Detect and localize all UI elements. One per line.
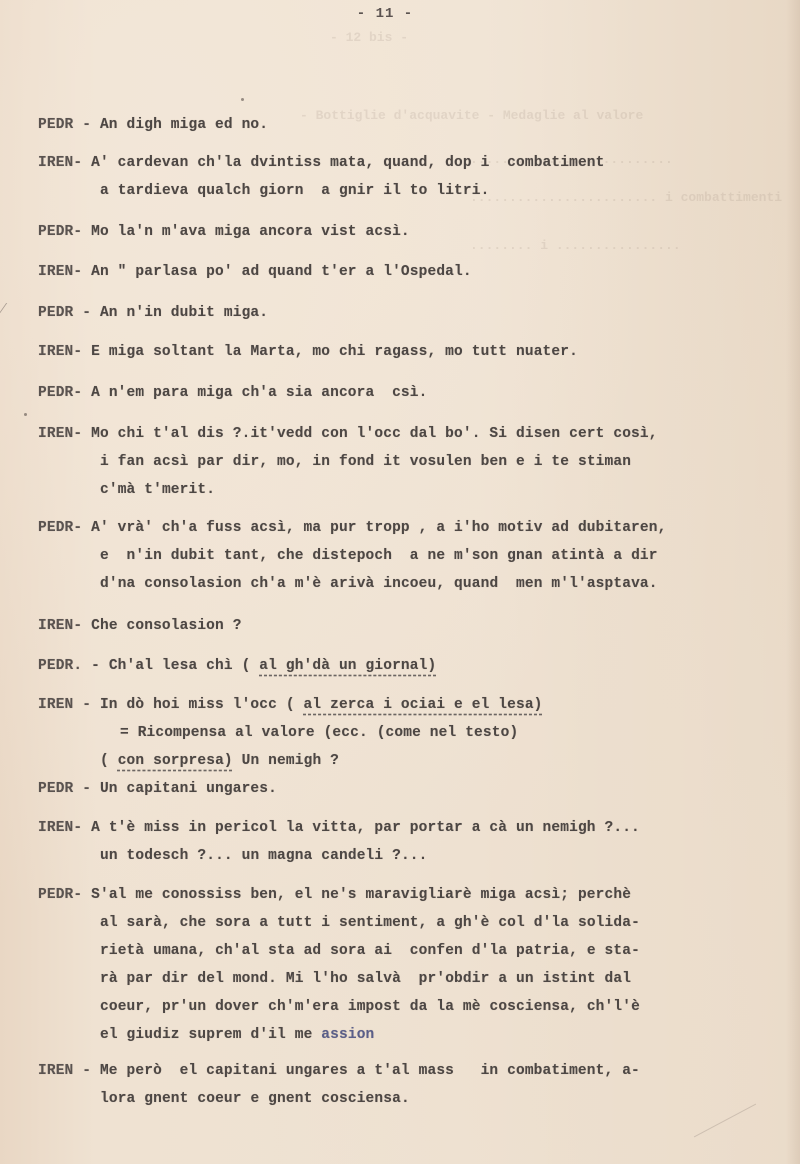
dialogue-line: PEDR- Mo la'n m'ava miga ancora vist acs…	[38, 224, 410, 240]
stage-direction-underlined: con sorpresa)	[118, 753, 233, 769]
speaker-name: IREN-	[38, 344, 82, 360]
speaker-name: PEDR -	[38, 781, 91, 797]
dialogue-line: PEDR. - Ch'al lesa chì ( al gh'dà un gio…	[38, 658, 436, 674]
dialogue-continuation: lora gnent coeur e gnent cosciensa.	[100, 1091, 410, 1107]
stage-direction-underlined: al zerca i ociai e el lesa)	[304, 697, 543, 713]
dialogue-line: IREN - In dò hoi miss l'occ ( al zerca i…	[38, 697, 543, 713]
line-text: a tardieva qualch giorn a gnir il to lit…	[100, 183, 489, 199]
line-text: rà par dir del mond. Mi l'ho salvà pr'ob…	[100, 971, 631, 987]
speaker-name: IREN-	[38, 264, 82, 280]
line-text: A' cardevan ch'la dvintiss mata, quand, …	[82, 155, 604, 171]
line-text: In dò hoi miss l'occ (	[91, 697, 303, 713]
dialogue-continuation: un todesch ?... un magna candeli ?...	[100, 848, 428, 864]
speaker-name: IREN-	[38, 820, 82, 836]
line-text: c'mà t'merit.	[100, 482, 215, 498]
line-text: Mo chi t'al dis ?.it'vedd con l'occ dal …	[82, 426, 657, 442]
dialogue-line: IREN- E miga soltant la Marta, mo chi ra…	[38, 344, 578, 360]
dialogue-line: IREN- Che consolasion ?	[38, 618, 242, 634]
dialogue-continuation: coeur, pr'un dover ch'm'era impost da la…	[100, 999, 640, 1015]
line-text: E miga soltant la Marta, mo chi ragass, …	[82, 344, 578, 360]
dialogue-continuation: ( con sorpresa) Un nemigh ?	[100, 753, 339, 769]
line-text: S'al me conossiss ben, el ne's maravigli…	[82, 887, 631, 903]
stage-direction-underlined: al gh'dà un giornal)	[259, 658, 436, 674]
line-text: e n'in dubit tant, che distepoch a ne m'…	[100, 548, 658, 564]
bleed-through-text: ........................ i combattimenti	[470, 190, 782, 205]
line-text: (	[100, 753, 118, 769]
speaker-name: IREN -	[38, 1063, 91, 1079]
line-text: rietà umana, ch'al sta ad sora ai confen…	[100, 943, 640, 959]
speaker-name: PEDR-	[38, 385, 82, 401]
ink-dot	[241, 98, 244, 101]
speaker-name: IREN-	[38, 155, 82, 171]
line-text: lora gnent coeur e gnent cosciensa.	[100, 1091, 410, 1107]
dialogue-continuation: el giudiz suprem d'il me assion	[100, 1027, 374, 1043]
dialogue-continuation: e n'in dubit tant, che distepoch a ne m'…	[100, 548, 658, 564]
dialogue-continuation: al sarà, che sora a tutt i sentiment, a …	[100, 915, 640, 931]
dialogue-line: PEDR- S'al me conossiss ben, el ne's mar…	[38, 887, 631, 903]
line-text: Mo la'n m'ava miga ancora vist acsì.	[82, 224, 410, 240]
line-text: el giudiz suprem d'il me	[100, 1027, 321, 1043]
line-text: An digh miga ed no.	[91, 117, 268, 133]
line-text: - Ch'al lesa chì (	[82, 658, 259, 674]
speaker-name: PEDR -	[38, 117, 91, 133]
bleed-through-text: - Bottiglie d'acquavite - Medaglie al va…	[300, 108, 643, 123]
line-text: al sarà, che sora a tutt i sentiment, a …	[100, 915, 640, 931]
speaker-name: PEDR-	[38, 224, 82, 240]
line-text: A n'em para miga ch'a sia ancora csì.	[82, 385, 427, 401]
ink-dot	[24, 413, 27, 416]
dialogue-line: IREN - Me però el capitani ungares a t'a…	[38, 1063, 640, 1079]
bleed-through-text: - 12 bis -	[330, 30, 408, 45]
speaker-name: IREN-	[38, 618, 82, 634]
paper-crease	[694, 1104, 756, 1138]
line-text: Che consolasion ?	[82, 618, 241, 634]
margin-check-mark	[0, 303, 17, 315]
bleed-through-text: ........ i ................	[470, 238, 681, 253]
handwritten-correction: assion	[321, 1027, 374, 1043]
line-text: Un capitani ungares.	[91, 781, 277, 797]
speaker-name: PEDR-	[38, 887, 82, 903]
dialogue-continuation: rietà umana, ch'al sta ad sora ai confen…	[100, 943, 640, 959]
dialogue-line: PEDR - Un capitani ungares.	[38, 781, 277, 797]
dialogue-continuation: i fan acsì par dir, mo, in fond it vosul…	[100, 454, 631, 470]
line-text: Me però el capitani ungares a t'al mass …	[91, 1063, 640, 1079]
line-text: A t'è miss in pericol la vitta, par port…	[82, 820, 640, 836]
speaker-name: IREN -	[38, 697, 91, 713]
line-text: d'na consolasion ch'a m'è arivà incoeu, …	[100, 576, 658, 592]
dialogue-line: PEDR - An digh miga ed no.	[38, 117, 268, 133]
dialogue-continuation: = Ricompensa al valore (ecc. (come nel t…	[120, 725, 518, 741]
speaker-name: IREN-	[38, 426, 82, 442]
dialogue-line: PEDR - An n'in dubit miga.	[38, 305, 268, 321]
speaker-name: PEDR -	[38, 305, 91, 321]
line-text: coeur, pr'un dover ch'm'era impost da la…	[100, 999, 640, 1015]
dialogue-line: IREN- A' cardevan ch'la dvintiss mata, q…	[38, 155, 605, 171]
line-text: i fan acsì par dir, mo, in fond it vosul…	[100, 454, 631, 470]
dialogue-continuation: rà par dir del mond. Mi l'ho salvà pr'ob…	[100, 971, 631, 987]
dialogue-line: IREN- An " parlasa po' ad quand t'er a l…	[38, 264, 472, 280]
dialogue-continuation: c'mà t'merit.	[100, 482, 215, 498]
dialogue-line: IREN- A t'è miss in pericol la vitta, pa…	[38, 820, 640, 836]
dialogue-continuation: a tardieva qualch giorn a gnir il to lit…	[100, 183, 489, 199]
speaker-name: PEDR-	[38, 520, 82, 536]
line-text: = Ricompensa al valore (ecc. (come nel t…	[120, 725, 518, 741]
line-text-after: Un nemigh ?	[233, 753, 339, 769]
line-text: An " parlasa po' ad quand t'er a l'Osped…	[82, 264, 471, 280]
page-number: - 11 -	[0, 6, 800, 22]
dialogue-continuation: d'na consolasion ch'a m'è arivà incoeu, …	[100, 576, 658, 592]
dialogue-line: IREN- Mo chi t'al dis ?.it'vedd con l'oc…	[38, 426, 658, 442]
typewritten-page: - 12 bis - - Bottiglie d'acquavite - Med…	[0, 0, 800, 1164]
line-text: un todesch ?... un magna candeli ?...	[100, 848, 428, 864]
dialogue-line: PEDR- A n'em para miga ch'a sia ancora c…	[38, 385, 427, 401]
line-text: An n'in dubit miga.	[91, 305, 268, 321]
speaker-name: PEDR.	[38, 658, 82, 674]
dialogue-line: PEDR- A' vrà' ch'a fuss acsì, ma pur tro…	[38, 520, 666, 536]
line-text: A' vrà' ch'a fuss acsì, ma pur tropp , a…	[82, 520, 666, 536]
